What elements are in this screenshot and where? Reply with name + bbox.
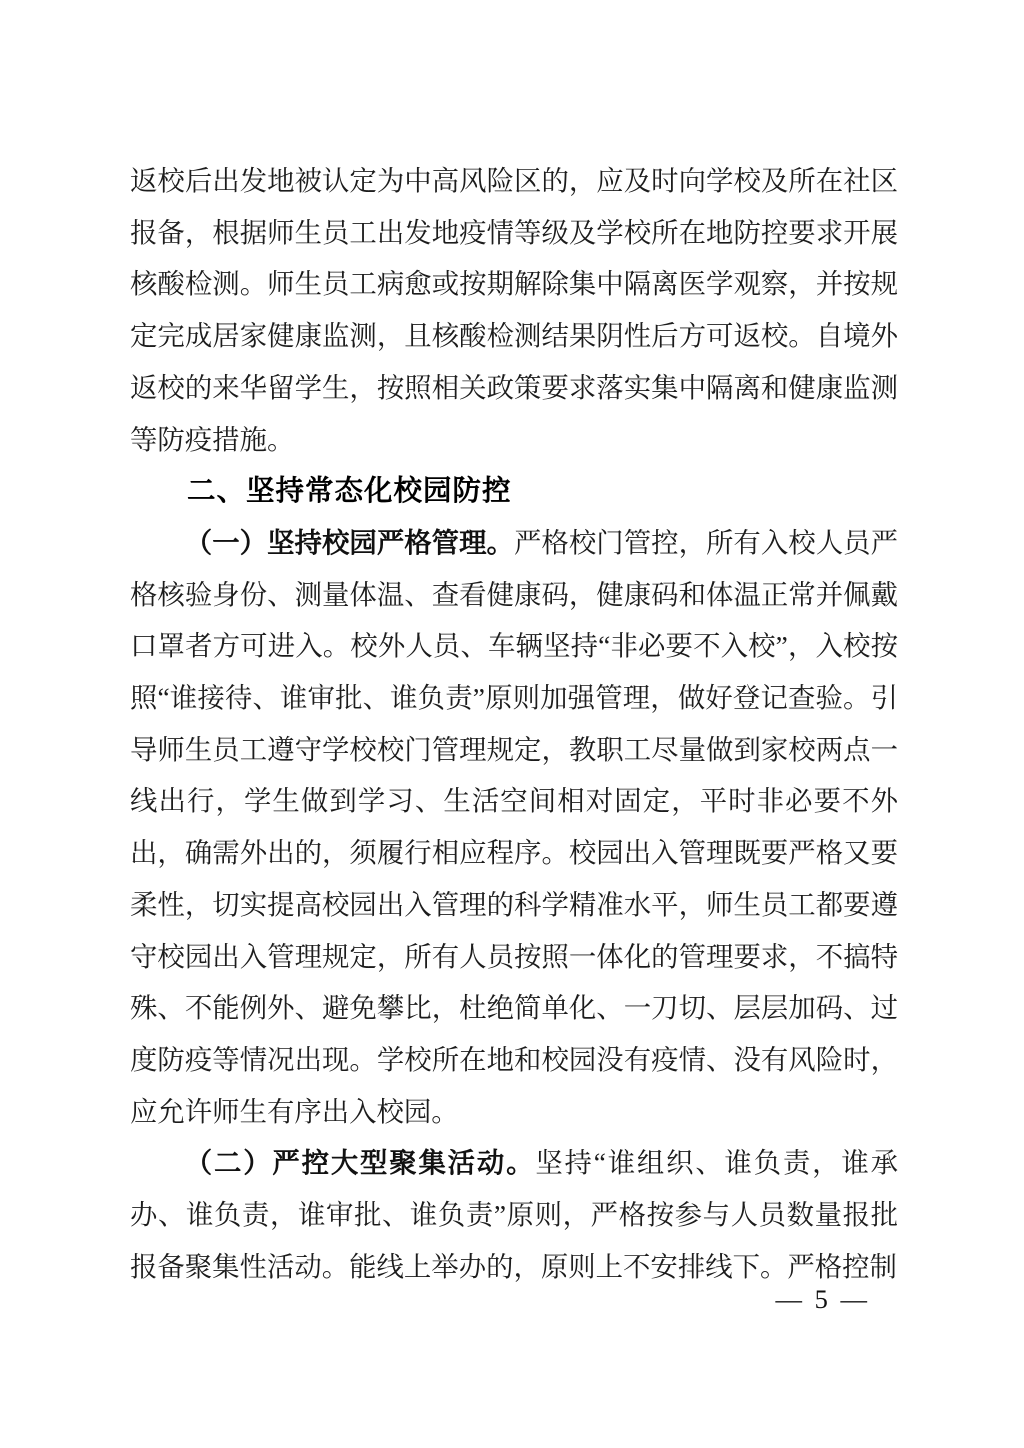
paragraph-item-1: （一）坚持校园严格管理。严格校门管控，所有入校人员严格核验身份、测量体温、查看健… <box>130 518 898 1138</box>
item-1-lead: （一）坚持校园严格管理。 <box>185 528 514 558</box>
item-2-lead: （二）严控大型聚集活动。 <box>185 1148 536 1178</box>
item-1-body: 严格校门管控，所有入校人员严格核验身份、测量体温、查看健康码，健康码和体温正常并… <box>130 528 898 1127</box>
document-body: 返校后出发地被认定为中高风险区的，应及时向学校及所在社区报备，根据师生员工出发地… <box>130 156 898 1293</box>
section-heading: 二、坚持常态化校园防控 <box>130 466 898 518</box>
page-footer: — 5 — <box>130 1284 898 1315</box>
page-number: — 5 — <box>776 1284 871 1314</box>
paragraph-item-2: （二）严控大型聚集活动。坚持“谁组织、谁负责，谁承办、谁负责，谁审批、谁负责”原… <box>130 1138 898 1293</box>
paragraph-continuation: 返校后出发地被认定为中高风险区的，应及时向学校及所在社区报备，根据师生员工出发地… <box>130 156 898 466</box>
document-page: 返校后出发地被认定为中高风险区的，应及时向学校及所在社区报备，根据师生员工出发地… <box>0 0 1024 1448</box>
